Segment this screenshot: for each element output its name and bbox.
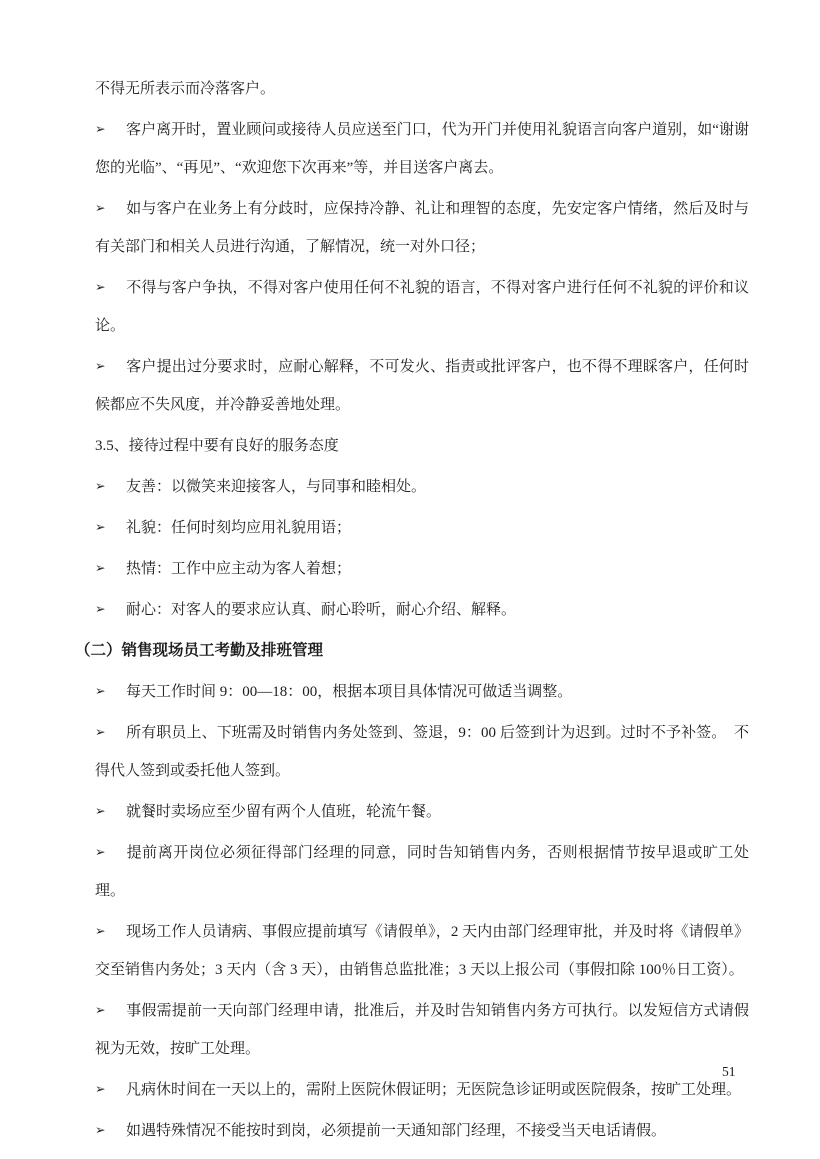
paragraph-continuation: 不得无所表示而冷落客户。 <box>95 70 749 108</box>
bullet-text: 热情：工作中应主动为客人着想； <box>126 561 351 577</box>
arrowhead-bullet-icon: ➢ <box>95 508 126 546</box>
arrowhead-bullet-icon: ➢ <box>95 713 126 751</box>
bullet-text: 现场工作人员请病、事假应提前填写《请假单》，2 天内由部门经理审批，并及时将《请… <box>95 924 749 978</box>
bullet-text: 不得与客户争执，不得对客户使用任何不礼貌的语言，不得对客户进行任何不礼貌的评价和… <box>95 280 749 334</box>
arrowhead-bullet-icon: ➢ <box>95 467 126 505</box>
bullet-item: ➢客户提出过分要求时，应耐心解释，不可发火、指责或批评客户，也不得不理睬客户，任… <box>95 348 749 424</box>
arrowhead-bullet-icon: ➢ <box>95 991 126 1029</box>
arrowhead-bullet-icon: ➢ <box>95 672 126 710</box>
bullet-item: ➢不得与客户争执，不得对客户使用任何不礼貌的语言，不得对客户进行任何不礼貌的评价… <box>95 269 749 345</box>
bullet-item: ➢友善：以微笑来迎接客人，与同事和睦相处。 <box>95 468 749 506</box>
arrowhead-bullet-icon: ➢ <box>95 912 126 950</box>
bullet-item: ➢客户离开时，置业顾问或接待人员应送至门口，代为开门并使用礼貌语言向客户道别，如… <box>95 111 749 187</box>
bullet-item: ➢热情：工作中应主动为客人着想； <box>95 550 749 588</box>
paragraph-text: 不得无所表示而冷落客户。 <box>95 81 275 97</box>
arrowhead-bullet-icon: ➢ <box>95 833 126 871</box>
subsection-heading-text: 3.5、接待过程中要有良好的服务态度 <box>95 438 339 454</box>
arrowhead-bullet-icon: ➢ <box>95 347 126 385</box>
bullet-item: ➢提前离开岗位必须征得部门经理的同意，同时告知销售内务，否则根据情节按早退或旷工… <box>95 834 749 910</box>
arrowhead-bullet-icon: ➢ <box>95 792 126 830</box>
bullet-text: 凡病休时间在一天以上的，需附上医院休假证明；无医院急诊证明或医院假条，按旷工处理… <box>126 1082 741 1098</box>
bullet-text: 如遇特殊情况不能按时到岗，必须提前一天通知部门经理，不接受当天电话请假。 <box>126 1123 666 1139</box>
page-number: 51 <box>722 1062 736 1082</box>
bullet-item: ➢现场工作人员请病、事假应提前填写《请假单》，2 天内由部门经理审批，并及时将《… <box>95 913 749 989</box>
arrowhead-bullet-icon: ➢ <box>95 1070 126 1108</box>
bullet-item: ➢如遇特殊情况不能按时到岗，必须提前一天通知部门经理，不接受当天电话请假。 <box>95 1112 749 1150</box>
bullet-item: ➢如与客户在业务上有分歧时，应保持冷静、礼让和理智的态度，先安定客户情绪，然后及… <box>95 190 749 266</box>
bullet-text: 客户离开时，置业顾问或接待人员应送至门口，代为开门并使用礼貌语言向客户道别，如“… <box>95 122 749 176</box>
bullet-item: ➢事假需提前一天向部门经理申请，批准后，并及时告知销售内务方可执行。以发短信方式… <box>95 992 749 1068</box>
arrowhead-bullet-icon: ➢ <box>95 189 126 227</box>
bullet-text: 礼貌：任何时刻均应用礼貌用语； <box>126 520 351 536</box>
section-heading-text: （二）销售现场员工考勤及排班管理 <box>75 642 323 659</box>
bullet-text: 友善：以微笑来迎接客人，与同事和睦相处。 <box>126 479 426 495</box>
section-heading: （二）销售现场员工考勤及排班管理 <box>75 632 749 670</box>
bullet-item: ➢所有职员上、下班需及时销售内务处签到、签退，9：00 后签到计为迟到。过时不予… <box>95 714 749 790</box>
arrowhead-bullet-icon: ➢ <box>95 549 126 587</box>
page-body: 不得无所表示而冷落客户。 ➢客户离开时，置业顾问或接待人员应送至门口，代为开门并… <box>95 70 749 1153</box>
bullet-item: ➢每天工作时间 9：00—18：00，根据本项目具体情况可做适当调整。 <box>95 673 749 711</box>
arrowhead-bullet-icon: ➢ <box>95 268 126 306</box>
arrowhead-bullet-icon: ➢ <box>95 590 126 628</box>
bullet-item: ➢耐心：对客人的要求应认真、耐心聆听，耐心介绍、解释。 <box>95 591 749 629</box>
bullet-item: ➢凡病休时间在一天以上的，需附上医院休假证明；无医院急诊证明或医院假条，按旷工处… <box>95 1071 749 1109</box>
bullet-text: 就餐时卖场应至少留有两个人值班，轮流午餐。 <box>126 804 441 820</box>
bullet-item: ➢就餐时卖场应至少留有两个人值班，轮流午餐。 <box>95 793 749 831</box>
bullet-text: 客户提出过分要求时，应耐心解释，不可发火、指责或批评客户，也不得不理睬客户，任何… <box>95 359 749 413</box>
bullet-text: 事假需提前一天向部门经理申请，批准后，并及时告知销售内务方可执行。以发短信方式请… <box>95 1003 749 1057</box>
subsection-heading: 3.5、接待过程中要有良好的服务态度 <box>95 427 749 465</box>
arrowhead-bullet-icon: ➢ <box>95 1111 126 1149</box>
document-page: 不得无所表示而冷落客户。 ➢客户离开时，置业顾问或接待人员应送至门口，代为开门并… <box>0 0 820 1159</box>
bullet-text: 耐心：对客人的要求应认真、耐心聆听，耐心介绍、解释。 <box>126 602 516 618</box>
arrowhead-bullet-icon: ➢ <box>95 110 126 148</box>
bullet-text: 提前离开岗位必须征得部门经理的同意，同时告知销售内务，否则根据情节按早退或旷工处… <box>95 845 749 899</box>
bullet-item: ➢礼貌：任何时刻均应用礼貌用语； <box>95 509 749 547</box>
bullet-text: 每天工作时间 9：00—18：00，根据本项目具体情况可做适当调整。 <box>126 684 572 700</box>
bullet-text: 所有职员上、下班需及时销售内务处签到、签退，9：00 后签到计为迟到。过时不予补… <box>95 725 749 779</box>
bullet-text: 如与客户在业务上有分歧时，应保持冷静、礼让和理智的态度，先安定客户情绪，然后及时… <box>95 201 749 255</box>
